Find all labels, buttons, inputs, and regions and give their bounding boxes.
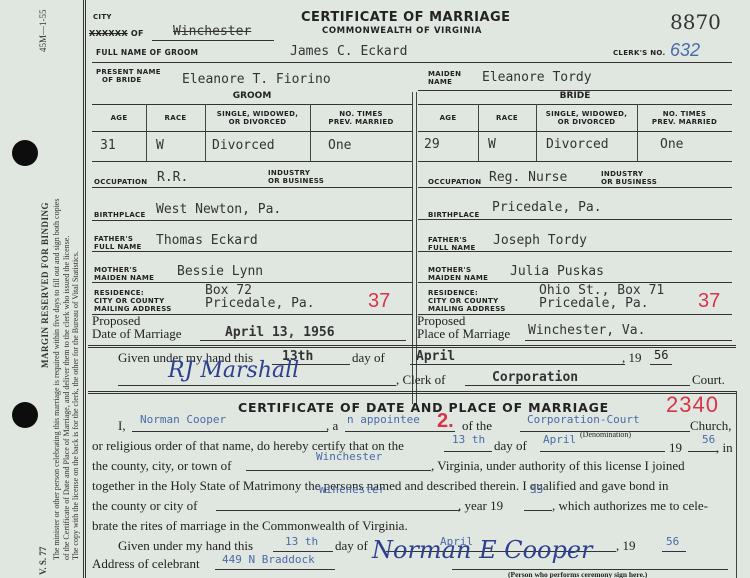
address-label: Address of celebrant [92, 556, 200, 572]
groom-birthplace: West Newton, Pa. [156, 202, 281, 217]
license-given-month: April [416, 349, 455, 364]
bride-industry-label: INDUSTRYOR BUSINESS [601, 170, 657, 186]
groom-birthplace-label: BIRTHPLACE [94, 211, 146, 219]
divider [246, 470, 431, 471]
bride-status-header: SINGLE, WIDOWED,OR DIVORCED [536, 110, 637, 126]
groom-father: Thomas Eckard [156, 233, 258, 248]
a-label: , a [326, 418, 338, 434]
cell-divider [478, 104, 479, 162]
divider [92, 62, 732, 63]
margin-rule [83, 0, 86, 578]
ceremony-line6: brate the rites of marriage in the Commo… [92, 518, 408, 534]
clerk-signature: RJ Marshall [168, 358, 299, 383]
bride-mother: Julia Puskas [510, 264, 604, 279]
court-name: Corporation [492, 370, 578, 385]
proposed-place-label: ProposedPlace of Marriage [417, 314, 510, 340]
license-given-year: 56 [654, 348, 668, 362]
divider [92, 131, 412, 132]
appointee-red-mark: 2. [437, 410, 454, 433]
proposed-place: Winchester, Va. [528, 323, 645, 338]
groom-status: Divorced [212, 138, 275, 153]
bride-times-header: NO. TIMESPREV. MARRIED [637, 110, 732, 126]
divider [345, 431, 455, 432]
celebrant-address: 449 N Braddock [222, 553, 315, 566]
groom-heading: GROOM [92, 91, 412, 101]
groom-father-label: FATHER'SFULL NAME [94, 235, 142, 251]
divider [444, 451, 492, 452]
bride-mother-label: MOTHER'SMAIDEN NAME [428, 266, 488, 282]
county-struck-label: XXXXXX OF [89, 30, 144, 38]
bride-age-header: AGE [418, 114, 478, 122]
bond-year-label: , year 19 [458, 498, 503, 514]
ceremony-given-day-of: day of [335, 538, 368, 554]
ceremony-line5-tail: , which authorizes me to cele- [552, 498, 708, 514]
groom-age-header: AGE [92, 114, 146, 122]
bride-race: W [488, 137, 496, 152]
bride-father: Joseph Tordy [493, 233, 587, 248]
form-id: V. S. 77 [38, 547, 48, 575]
groom-mother: Bessie Lynn [177, 264, 263, 279]
groom-race-header: RACE [146, 114, 205, 122]
cell-divider [146, 104, 147, 162]
ceremony-year: 56 [702, 433, 715, 446]
form-code: 45M—1-55 [38, 10, 48, 53]
groom-label: FULL NAME OF GROOM [96, 49, 198, 57]
appointee: n appointee [347, 413, 420, 426]
divider [92, 161, 412, 162]
divider [418, 251, 732, 252]
bride-times-married: One [660, 137, 683, 152]
proposed-date-label: ProposedDate of Marriage [92, 314, 182, 340]
groom-name: James C. Eckard [290, 44, 407, 59]
church-label: Church, [690, 418, 732, 434]
ceremony-given-day: 13 th [285, 535, 318, 548]
groom-occupation: R.R. [157, 170, 188, 185]
bride-age: 29 [424, 137, 440, 152]
ceremony-month: April [543, 433, 576, 446]
divider [418, 131, 732, 132]
margin-instructions: The minister or other person celebrating… [52, 199, 81, 560]
clerk-no-label: CLERK'S NO. [613, 49, 665, 57]
divider [650, 364, 672, 365]
certificate-subtitle: COMMONWEALTH OF VIRGINIA [322, 26, 482, 36]
bride-race-header: RACE [478, 114, 536, 122]
column-divider [412, 92, 413, 404]
divider [92, 251, 412, 252]
divider [524, 510, 552, 511]
divider [418, 104, 732, 105]
groom-times-header: NO. TIMESPREV. MARRIED [310, 110, 412, 126]
court-suffix: Court. [692, 372, 725, 388]
divider [418, 161, 732, 162]
groom-times-married: One [328, 138, 351, 153]
divider [410, 364, 625, 365]
divider [273, 551, 333, 552]
ceremony-line5: the county or city of [92, 498, 197, 514]
divider [118, 385, 396, 386]
i-label: I, [118, 418, 126, 434]
divider [92, 220, 412, 221]
bride-occupation: Reg. Nurse [489, 170, 567, 185]
bride-residence-label: RESIDENCE:CITY OR COUNTYMAILING ADDRESS [428, 289, 506, 313]
bride-birthplace-label: BIRTHPLACE [428, 211, 480, 219]
divider [132, 431, 328, 432]
denomination: Corporation-Court [527, 413, 640, 426]
binding-hole [12, 140, 38, 166]
sign-note: (Person who performs ceremony sign here.… [508, 570, 647, 578]
ceremony-line3-tail: , Virginia, under authority of this lice… [431, 458, 685, 474]
certificate-title: CERTIFICATE OF MARRIAGE [301, 10, 511, 25]
divider [152, 40, 274, 41]
divider [200, 340, 406, 341]
divider [88, 391, 736, 394]
groom-occupation-label: OCCUPATION [94, 178, 147, 186]
celebrant-signature: Norman E Cooper [372, 536, 593, 564]
clerk-of-label: , Clerk of [396, 372, 445, 388]
bride-residence: Ohio St., Box 71Pricedale, Pa. [539, 284, 664, 310]
form-border [736, 391, 737, 578]
of-the-label: of the [462, 418, 492, 434]
divider [465, 385, 690, 386]
city-label: CITY [93, 13, 112, 21]
locality-value: Winchester [173, 24, 251, 39]
bride-present-name: Eleanore T. Fiorino [182, 72, 331, 87]
groom-race: W [156, 138, 164, 153]
divider [525, 340, 732, 341]
divider [540, 451, 665, 452]
ceremony-given-year-prefix: , 19 [616, 538, 636, 554]
bride-occupation-label: OCCUPATION [428, 178, 481, 186]
proposed-date: April 13, 1956 [225, 325, 335, 340]
ceremony-day-of: day of [494, 438, 527, 454]
divider [418, 187, 732, 188]
register-number: 2340 [666, 392, 719, 418]
clerk-number: 632 [670, 40, 700, 61]
divider [88, 345, 736, 348]
marriage-certificate: 45M—1-55 V. S. 77 MARGIN RESERVED FOR BI… [0, 0, 750, 578]
divider [688, 451, 718, 452]
groom-industry-label: INDUSTRYOR BUSINESS [268, 169, 324, 185]
divider [92, 282, 412, 283]
denomination-label: (Denomination) [580, 430, 631, 439]
bond-year: 53 [530, 483, 543, 496]
celebrant-name: Norman Cooper [140, 413, 226, 426]
maiden-name: Eleanore Tordy [482, 70, 592, 85]
in-label: , in [716, 440, 733, 456]
groom-status-header: SINGLE, WIDOWED,OR DIVORCED [205, 110, 310, 126]
bride-status: Divorced [546, 137, 609, 152]
divider [215, 569, 335, 570]
ceremony-given-year: 56 [666, 535, 679, 548]
groom-code: 37 [368, 290, 390, 313]
binding-hole [12, 402, 38, 428]
bride-code: 37 [698, 290, 720, 313]
groom-residence: Box 72Pricedale, Pa. [205, 284, 315, 310]
margin-reserved: MARGIN RESERVED FOR BINDING [40, 202, 50, 368]
ceremony-day: 13 th [452, 433, 485, 446]
divider [662, 551, 686, 552]
bride-father-label: FATHER'SFULL NAME [428, 236, 476, 252]
groom-mother-label: MOTHER'SMAIDEN NAME [94, 266, 154, 282]
groom-residence-label: RESIDENCE:CITY OR COUNTYMAILING ADDRESS [94, 289, 172, 313]
ceremony-year-prefix: 19 [669, 440, 682, 456]
license-day-of: day of [352, 350, 385, 366]
bride-present-label: PRESENT NAME OF BRIDE [96, 68, 161, 84]
ceremony-line3: the county, city, or town of [92, 458, 231, 474]
divider [92, 104, 412, 105]
bride-heading: BRIDE [418, 91, 732, 101]
ceremony-given-label: Given under my hand this [118, 538, 253, 554]
groom-age: 31 [100, 138, 116, 153]
bride-birthplace: Pricedale, Pa. [492, 200, 602, 215]
certificate-number: 8870 [670, 10, 721, 34]
divider [216, 510, 460, 511]
maiden-label: MAIDEN NAME [428, 70, 461, 86]
bond-city: Winchester [319, 483, 385, 496]
license-year-prefix: , 19 [622, 350, 642, 366]
divider [92, 187, 412, 188]
divider [418, 219, 732, 220]
ceremony-town: Winchester [316, 450, 382, 463]
